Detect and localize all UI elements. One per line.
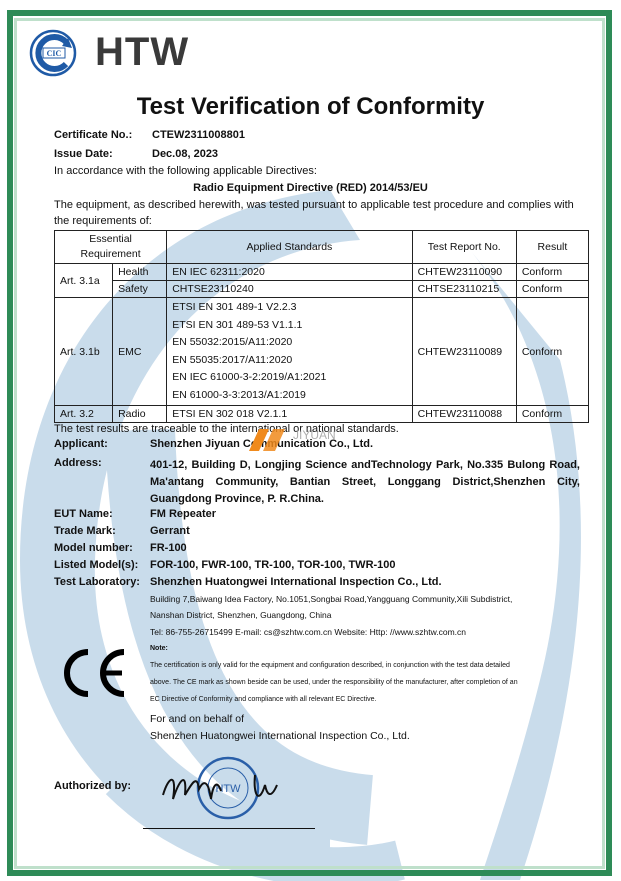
result-header: Result <box>516 231 588 264</box>
signature-line <box>143 828 315 829</box>
standards-cell: CHTSE23110240 <box>167 281 412 298</box>
svg-text:CIC: CIC <box>47 49 62 58</box>
standards-cell: ETSI EN 302 018 V2.1.1 <box>167 406 412 423</box>
standards-table: Essential Requirement Applied Standards … <box>54 230 589 423</box>
applied-standards-header: Applied Standards <box>167 231 412 264</box>
article-cell: Art. 3.2 <box>55 406 113 423</box>
directive-text: Radio Equipment Directive (RED) 2014/53/… <box>0 180 621 196</box>
note-line1: The certification is only valid for the … <box>150 657 510 674</box>
trade-mark-label: Trade Mark: <box>54 525 116 537</box>
statement-line2: the requirements of: <box>54 213 152 229</box>
article-cell: Art. 3.1b <box>55 298 113 406</box>
certificate-content: CIC HTW Test Verification of Conformity … <box>0 0 621 881</box>
category-cell: EMC <box>113 298 167 406</box>
category-cell: Health <box>113 264 167 281</box>
essential-requirement-header: Essential Requirement <box>55 231 167 264</box>
note-line3: EC Directive of Conformity and complianc… <box>150 691 376 708</box>
report-cell: CHTEW23110089 <box>412 298 516 406</box>
address-value: 401-12, Building D, Longjing Science and… <box>150 457 580 508</box>
lab-address-line1: Building 7,Baiwang Idea Factory, No.1051… <box>150 591 512 607</box>
authorized-by-label: Authorized by: <box>54 780 131 792</box>
note-label: Note: <box>150 640 168 657</box>
cic-logo-icon: CIC <box>28 28 78 78</box>
table-header-row: Essential Requirement Applied Standards … <box>55 231 589 264</box>
issue-date-label: Issue Date: <box>54 147 113 161</box>
table-row: Art. 3.1b EMC ETSI EN 301 489-1 V2.2.3 E… <box>55 298 589 406</box>
result-cell: Conform <box>516 298 588 406</box>
result-cell: Conform <box>516 281 588 298</box>
table-row: Safety CHTSE23110240 CHTSE23110215 Confo… <box>55 281 589 298</box>
jiyuan-overlay-logo: JIYUAN <box>245 425 385 455</box>
ce-mark-icon <box>60 648 130 698</box>
svg-text:JIYUAN: JIYUAN <box>293 428 336 442</box>
test-laboratory-value: Shenzhen Huatongwei International Inspec… <box>150 576 442 588</box>
report-cell: CHTSE23110215 <box>412 281 516 298</box>
model-number-label: Model number: <box>54 542 133 554</box>
address-label: Address: <box>54 457 102 469</box>
statement-line1: The equipment, as described herewith, wa… <box>54 197 574 213</box>
behalf-line1: For and on behalf of <box>150 711 244 727</box>
result-cell: Conform <box>516 406 588 423</box>
table-row: Art. 3.2 Radio ETSI EN 302 018 V2.1.1 CH… <box>55 406 589 423</box>
lab-contact: Tel: 86-755-26715499 E-mail: cs@szhtw.co… <box>150 624 466 640</box>
standards-cell: ETSI EN 301 489-1 V2.2.3 ETSI EN 301 489… <box>167 298 412 406</box>
result-cell: Conform <box>516 264 588 281</box>
lab-address-line2: Nanshan District, Shenzhen, Guangdong, C… <box>150 607 331 623</box>
category-cell: Radio <box>113 406 167 423</box>
accordance-text: In accordance with the following applica… <box>54 163 317 179</box>
standards-cell: EN IEC 62311:2020 <box>167 264 412 281</box>
page-title: Test Verification of Conformity <box>0 93 621 121</box>
certificate-number-label: Certificate No.: <box>54 128 132 142</box>
category-cell: Safety <box>113 281 167 298</box>
listed-models-label: Listed Model(s): <box>54 559 138 571</box>
issue-date-value: Dec.08, 2023 <box>152 147 218 161</box>
signature-stamp: HTW <box>155 755 285 823</box>
report-cell: CHTEW23110090 <box>412 264 516 281</box>
eut-name-value: FM Repeater <box>150 508 216 520</box>
table-row: Art. 3.1a Health EN IEC 62311:2020 CHTEW… <box>55 264 589 281</box>
eut-name-label: EUT Name: <box>54 508 113 520</box>
report-cell: CHTEW23110088 <box>412 406 516 423</box>
listed-models-value: FOR-100, FWR-100, TR-100, TOR-100, TWR-1… <box>150 559 396 571</box>
certificate-number-value: CTEW2311008801 <box>152 128 245 142</box>
model-number-value: FR-100 <box>150 542 187 554</box>
test-report-header: Test Report No. <box>412 231 516 264</box>
trade-mark-value: Gerrant <box>150 525 190 537</box>
htw-logo: HTW <box>95 32 189 72</box>
note-line2: above. The CE mark as shown beside can b… <box>150 674 518 691</box>
test-laboratory-label: Test Laboratory: <box>54 576 140 588</box>
applicant-label: Applicant: <box>54 438 108 450</box>
behalf-line2: Shenzhen Huatongwei International Inspec… <box>150 728 410 744</box>
article-cell: Art. 3.1a <box>55 264 113 298</box>
